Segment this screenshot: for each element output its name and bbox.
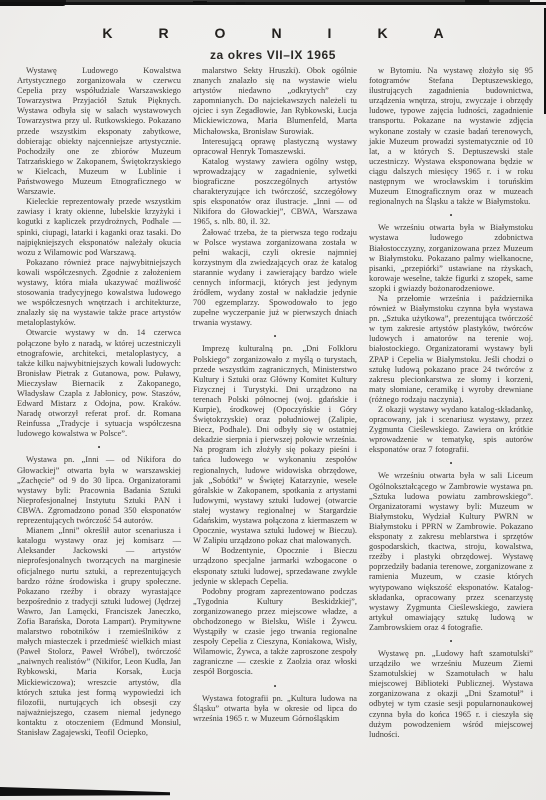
paragraph: Wystawę pn. „Ludowy haft szamotulski” ur… xyxy=(369,649,533,740)
section-separator: • xyxy=(193,678,357,694)
paragraph: We wrześniu otwarta była w sali Liceum O… xyxy=(369,471,533,633)
text-columns: Wystawę Ludowego Kowalstwa Artystycznego… xyxy=(17,66,533,786)
column-2: malarstwo Sekty Hruszki). Obok ogólnie z… xyxy=(193,66,357,786)
paragraph: malarstwo Sekty Hruszki). Obok ogólnie z… xyxy=(193,66,357,137)
section-separator: • xyxy=(369,455,533,471)
paragraph: We wrześniu otwarta była w Białymstoku w… xyxy=(369,223,533,294)
paragraph: Podobny program zaprezentowano podczas „… xyxy=(193,587,357,678)
paragraph: Interesującą oprawę plastyczną wystawy o… xyxy=(193,137,357,157)
paragraph: Wystawa pn. „Inni — od Nikifora do Głowa… xyxy=(17,455,181,526)
section-separator: • xyxy=(17,439,181,455)
paragraph: Katalog wystawy zawiera ogólny wstęp, wp… xyxy=(193,157,357,228)
paragraph: Wystawa fotografii pn. „Kultura ludowa n… xyxy=(193,694,357,724)
journal-page: KRONIKA za okres VII–IX 1965 Wystawę Lud… xyxy=(0,0,546,800)
paragraph: Żałować trzeba, że ta pierwsza tego rodz… xyxy=(193,228,357,329)
paragraph: Z okazji wystawy wydano katalog-składank… xyxy=(369,405,533,455)
page-title: KRONIKA xyxy=(0,25,546,41)
column-3: w Bytomiu. Na wystawę złożyło się 95 fot… xyxy=(369,66,533,786)
section-separator: • xyxy=(193,328,357,344)
paragraph: Otwarcie wystawy w dn. 14 czerwca połącz… xyxy=(17,328,181,439)
page-top-rule xyxy=(0,0,530,2)
paragraph: Pokazano również prace najwybitniejszych… xyxy=(17,258,181,329)
paragraph: Wystawę Ludowego Kowalstwa Artystycznego… xyxy=(17,66,181,197)
section-separator: • xyxy=(369,633,533,649)
page-subtitle: za okres VII–IX 1965 xyxy=(0,48,546,62)
paragraph: W Bodzentynie, Opocznie i Bieczu urządzo… xyxy=(193,546,357,586)
scan-artifact-bottom-wedge xyxy=(0,786,170,796)
paragraph: w Bytomiu. Na wystawę złożyło się 95 fot… xyxy=(369,66,533,207)
paragraph: Na przełomie września i października rów… xyxy=(369,294,533,405)
paragraph: Kieleckie reprezentowały przede wszystki… xyxy=(17,197,181,258)
column-1: Wystawę Ludowego Kowalstwa Artystycznego… xyxy=(17,66,181,786)
scan-artifact-top-dash xyxy=(236,2,245,4)
paragraph: Mianem „Inni” określił autor scenariusza… xyxy=(17,526,181,738)
section-separator: • xyxy=(369,207,533,223)
paragraph: Imprezę kulturalną pn. „Dni Folkloru Pol… xyxy=(193,344,357,546)
masthead: KRONIKA za okres VII–IX 1965 xyxy=(0,5,546,62)
